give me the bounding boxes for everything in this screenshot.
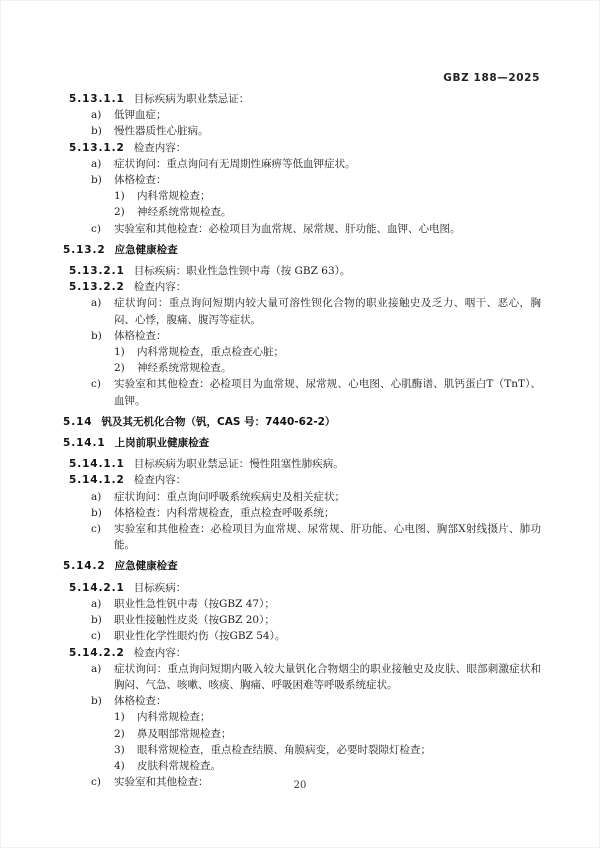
sub-list-item: 1)内科常规检查；: [63, 188, 541, 204]
list-item: c)实验室和其他检查：必检项目为血常规、尿常规、心电图、心肌酶谱、肌钙蛋白T（T…: [63, 376, 541, 408]
page-number: 20: [1, 780, 599, 791]
line-text: 内科常规检查；: [137, 711, 211, 723]
list-item: a)职业性急性钒中毒（按GBZ 47）；: [63, 596, 541, 612]
list-item: b)体格检查：: [63, 172, 541, 188]
list-item: b)体格检查：: [63, 693, 541, 709]
line-text: 实验室和其他检查：必检项目为血常规、尿常规、肝功能、心电图、胸部X射线摄片、肺功…: [114, 523, 541, 551]
clause-heading: 5.13.2应急健康检查: [63, 242, 541, 258]
item-label: 2): [114, 360, 125, 376]
list-item: c)职业性化学性眼灼伤（按GBZ 54）。: [63, 628, 541, 644]
line-text: 检查内容：: [134, 142, 187, 154]
sub-list-item: 2)神经系统常规检查。: [63, 204, 541, 220]
sub-list-item: 1)内科常规检查，重点检查心脏；: [63, 344, 541, 360]
clause-line: 5.13.1.1目标疾病为职业禁忌证：: [63, 91, 541, 107]
item-label: 4): [114, 758, 125, 774]
line-text: 目标疾病：职业性急性钡中毒（按 GBZ 63）。: [134, 265, 351, 277]
sub-list-item: 3)眼科常规检查，重点检查结膜、角膜病变，必要时裂隙灯检查；: [63, 742, 541, 758]
item-label: c): [91, 521, 101, 537]
line-text: 目标疾病为职业禁忌证：: [134, 93, 250, 105]
list-item: b)体格检查：: [63, 328, 541, 344]
line-text: 症状询问：重点询问有无周期性麻痹等低血钾症状。: [114, 158, 356, 170]
line-text: 实验室和其他检查：必检项目为血常规、尿常规、心电图、心肌酶谱、肌钙蛋白T（TnT…: [114, 378, 541, 406]
clause-number: 5.13.2: [63, 244, 106, 256]
clause-number: 5.14.2.2: [69, 647, 125, 659]
list-item: c)实验室和其他检查：必检项目为血常规、尿常规、肝功能、心电图、胸部X射线摄片、…: [63, 521, 541, 553]
item-label: a): [91, 156, 101, 172]
clause-number: 5.14.1.1: [69, 458, 125, 470]
item-label: b): [91, 123, 102, 139]
item-label: 1): [114, 188, 125, 204]
clause-number: 5.14.2: [63, 560, 106, 572]
item-label: b): [91, 328, 102, 344]
clause-number: 5.14.1.2: [69, 474, 125, 486]
clause-number: 5.13.1.2: [69, 142, 125, 154]
line-text: 慢性器质性心脏病。: [114, 125, 209, 137]
item-label: a): [91, 295, 101, 311]
clause-number: 5.13.2.2: [69, 281, 125, 293]
document-header-standard-number: GBZ 188—2025: [443, 72, 540, 84]
line-text: 内科常规检查，重点检查心脏；: [137, 346, 284, 358]
clause-number: 5.13.2.1: [69, 265, 125, 277]
item-label: b): [91, 612, 102, 628]
item-label: 1): [114, 709, 125, 725]
item-label: b): [91, 505, 102, 521]
line-text: 症状询问：重点询问短期内较大量可溶性钡化合物的职业接触史及乏力、咽干、恶心，胸闷…: [114, 297, 541, 325]
item-label: b): [91, 693, 102, 709]
line-text: 体格检查：: [114, 174, 167, 186]
item-label: 2): [114, 726, 125, 742]
clause-heading: 5.14.1上岗前职业健康检查: [63, 435, 541, 451]
list-item: a)症状询问：重点询问短期内吸入较大量钒化合物烟尘的职业接触史及皮肤、眼部刺激症…: [63, 661, 541, 693]
sub-list-item: 2)鼻及咽部常规检查；: [63, 726, 541, 742]
clause-line: 5.13.1.2检查内容：: [63, 140, 541, 156]
line-text: 体格检查：: [114, 330, 167, 342]
document-page: GBZ 188—2025 5.13.1.1目标疾病为职业禁忌证：a)低钾血症；b…: [0, 0, 600, 848]
list-item: a)症状询问：重点询问短期内较大量可溶性钡化合物的职业接触史及乏力、咽干、恶心，…: [63, 295, 541, 327]
list-item: b)体格检查：内科常规检查，重点检查呼吸系统；: [63, 505, 541, 521]
list-item: b)慢性器质性心脏病。: [63, 123, 541, 139]
line-text: 低钾血症；: [114, 109, 167, 121]
line-text: 体格检查：: [114, 695, 167, 707]
clause-line: 5.13.2.1目标疾病：职业性急性钡中毒（按 GBZ 63）。: [63, 263, 541, 279]
clause-heading: 5.14钒及其无机化合物（钒，CAS 号：7440-62-2）: [63, 414, 541, 430]
line-text: 检查内容：: [134, 647, 187, 659]
line-text: 鼻及咽部常规检查；: [137, 728, 232, 740]
clause-number: 5.13.1.1: [69, 93, 125, 105]
line-text: 眼科常规检查，重点检查结膜、角膜病变，必要时裂隙灯检查；: [137, 744, 431, 756]
clause-line: 5.14.2.1目标疾病：: [63, 580, 541, 596]
line-text: 上岗前职业健康检查: [115, 437, 210, 449]
line-text: 应急健康检查: [115, 560, 178, 572]
line-text: 神经系统常规检查。: [137, 206, 232, 218]
clause-line: 5.14.1.2检查内容：: [63, 472, 541, 488]
item-label: a): [91, 596, 101, 612]
clause-heading: 5.14.2应急健康检查: [63, 558, 541, 574]
line-text: 目标疾病为职业禁忌证：慢性阻塞性肺疾病。: [134, 458, 344, 470]
item-label: c): [91, 376, 101, 392]
item-label: c): [91, 628, 101, 644]
item-label: b): [91, 172, 102, 188]
line-text: 职业性化学性眼灼伤（按GBZ 54）。: [114, 630, 285, 642]
line-text: 钒及其无机化合物（钒，CAS 号：7440-62-2）: [102, 416, 336, 428]
line-text: 体格检查：内科常规检查，重点检查呼吸系统；: [114, 507, 335, 519]
clause-line: 5.14.2.2检查内容：: [63, 645, 541, 661]
item-label: 1): [114, 344, 125, 360]
item-label: a): [91, 489, 101, 505]
clause-line: 5.13.2.2检查内容：: [63, 279, 541, 295]
sub-list-item: 2)神经系统常规检查。: [63, 360, 541, 376]
item-label: a): [91, 661, 101, 677]
line-text: 检查内容：: [134, 281, 187, 293]
list-item: a)症状询问：重点询问呼吸系统疾病史及相关症状；: [63, 489, 541, 505]
line-text: 内科常规检查；: [137, 190, 211, 202]
line-text: 症状询问：重点询问短期内吸入较大量钒化合物烟尘的职业接触史及皮肤、眼部刺激症状和…: [114, 663, 541, 691]
sub-list-item: 1)内科常规检查；: [63, 709, 541, 725]
line-text: 职业性接触性皮炎（按GBZ 20）；: [114, 614, 275, 626]
list-item: a)症状询问：重点询问有无周期性麻痹等低血钾症状。: [63, 156, 541, 172]
line-text: 目标疾病：: [134, 582, 187, 594]
list-item: b)职业性接触性皮炎（按GBZ 20）；: [63, 612, 541, 628]
clause-number: 5.14: [63, 416, 93, 428]
item-label: a): [91, 107, 101, 123]
line-text: 症状询问：重点询问呼吸系统疾病史及相关症状；: [114, 491, 345, 503]
line-text: 皮肤科常规检查。: [137, 760, 221, 772]
item-label: 3): [114, 742, 125, 758]
clause-line: 5.14.1.1目标疾病为职业禁忌证：慢性阻塞性肺疾病。: [63, 456, 541, 472]
line-text: 实验室和其他检查：必检项目为血常规、尿常规、肝功能、血钾、心电图。: [114, 223, 461, 235]
line-text: 职业性急性钒中毒（按GBZ 47）；: [114, 598, 275, 610]
item-label: c): [91, 221, 101, 237]
clause-number: 5.14.2.1: [69, 582, 125, 594]
line-text: 检查内容：: [134, 474, 187, 486]
list-item: c)实验室和其他检查：必检项目为血常规、尿常规、肝功能、血钾、心电图。: [63, 221, 541, 237]
list-item: a)低钾血症；: [63, 107, 541, 123]
item-label: 2): [114, 204, 125, 220]
clause-number: 5.14.1: [63, 437, 106, 449]
line-text: 应急健康检查: [115, 244, 178, 256]
line-text: 神经系统常规检查。: [137, 362, 232, 374]
sub-list-item: 4)皮肤科常规检查。: [63, 758, 541, 774]
document-body: 5.13.1.1目标疾病为职业禁忌证：a)低钾血症；b)慢性器质性心脏病。5.1…: [63, 91, 541, 790]
